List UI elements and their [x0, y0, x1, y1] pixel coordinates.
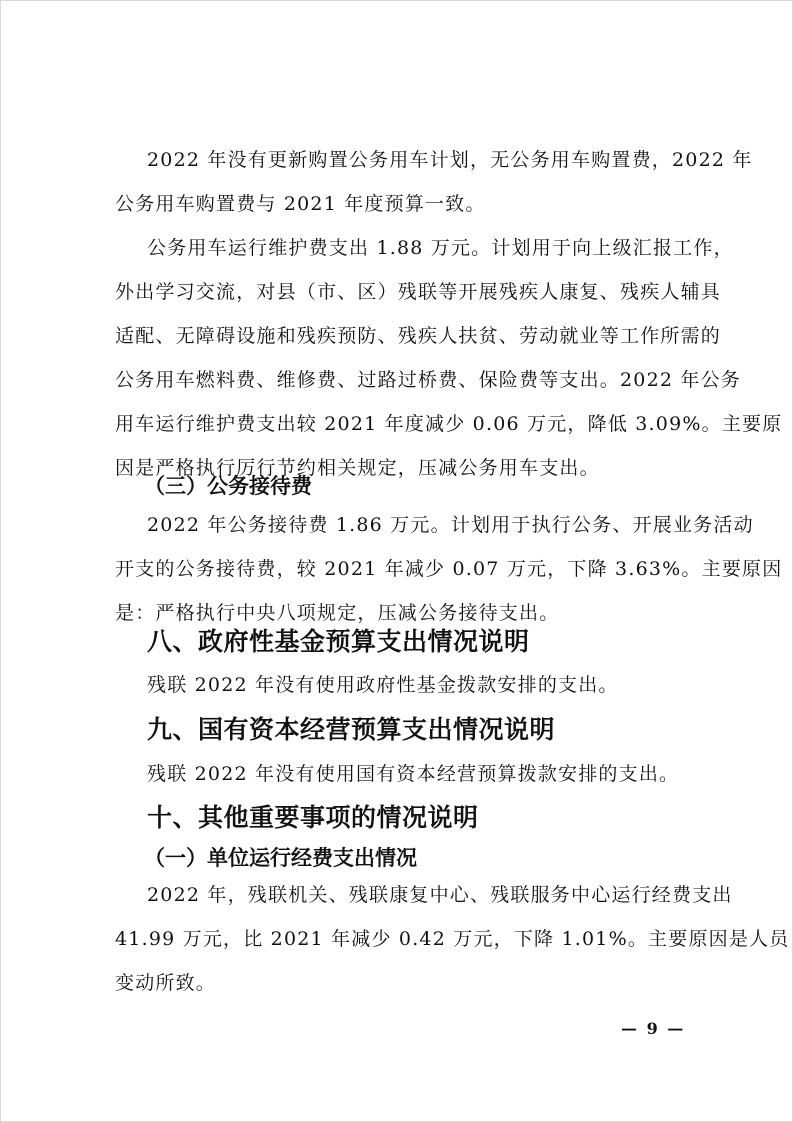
- subheading-official-reception: （三）公务接待费: [144, 472, 312, 500]
- paragraph-vehicle-maintenance-line-3: 适配、无障碍设施和残疾预防、残疾人扶贫、劳动就业等工作所需的: [115, 324, 697, 348]
- paragraph-reception-line-1: 2022 年公务接待费 1.86 万元。计划用于执行公务、开展业务活动: [147, 513, 697, 537]
- paragraph-government-fund: 残联 2022 年没有使用政府性基金拨款安排的支出。: [147, 673, 697, 697]
- document-page: 2022 年没有更新购置公务用车计划，无公务用车购置费，2022 年 公务用车购…: [0, 0, 793, 1122]
- paragraph-operating-expenses-line-2: 41.99 万元，比 2021 年减少 0.42 万元，下降 1.01%。主要原…: [115, 927, 697, 951]
- heading-government-fund-budget: 八、政府性基金预算支出情况说明: [147, 626, 530, 658]
- paragraph-vehicle-purchase-line-2: 公务用车购置费与 2021 年度预算一致。: [115, 192, 697, 216]
- paragraph-vehicle-maintenance-line-1: 公务用车运行维护费支出 1.88 万元。计划用于向上级汇报工作，: [147, 236, 697, 260]
- heading-other-important-matters: 十、其他重要事项的情况说明: [147, 802, 479, 834]
- paragraph-operating-expenses-line-3: 变动所致。: [115, 971, 697, 995]
- paragraph-reception-line-3: 是：严格执行中央八项规定，压减公务接待支出。: [115, 601, 697, 625]
- paragraph-vehicle-maintenance-line-4: 公务用车燃料费、维修费、过路过桥费、保险费等支出。2022 年公务: [115, 368, 697, 392]
- paragraph-vehicle-purchase-line-1: 2022 年没有更新购置公务用车计划，无公务用车购置费，2022 年: [147, 148, 697, 172]
- paragraph-reception-line-2: 开支的公务接待费，较 2021 年减少 0.07 万元，下降 3.63%。主要原…: [115, 557, 697, 581]
- paragraph-operating-expenses-line-1: 2022 年，残联机关、残联康复中心、残联服务中心运行经费支出: [147, 883, 697, 907]
- paragraph-vehicle-maintenance-line-2: 外出学习交流，对县（市、区）残联等开展残疾人康复、残疾人辅具: [115, 280, 697, 304]
- subheading-operating-expenses: （一）单位运行经费支出情况: [144, 844, 417, 872]
- page-number: — 9 —: [621, 1019, 685, 1038]
- heading-state-capital-budget: 九、国有资本经营预算支出情况说明: [147, 714, 555, 746]
- paragraph-state-capital: 残联 2022 年没有使用国有资本经营预算拨款安排的支出。: [147, 762, 697, 786]
- paragraph-vehicle-maintenance-line-5: 用车运行维护费支出较 2021 年度减少 0.06 万元，降低 3.09%。主要…: [115, 412, 697, 436]
